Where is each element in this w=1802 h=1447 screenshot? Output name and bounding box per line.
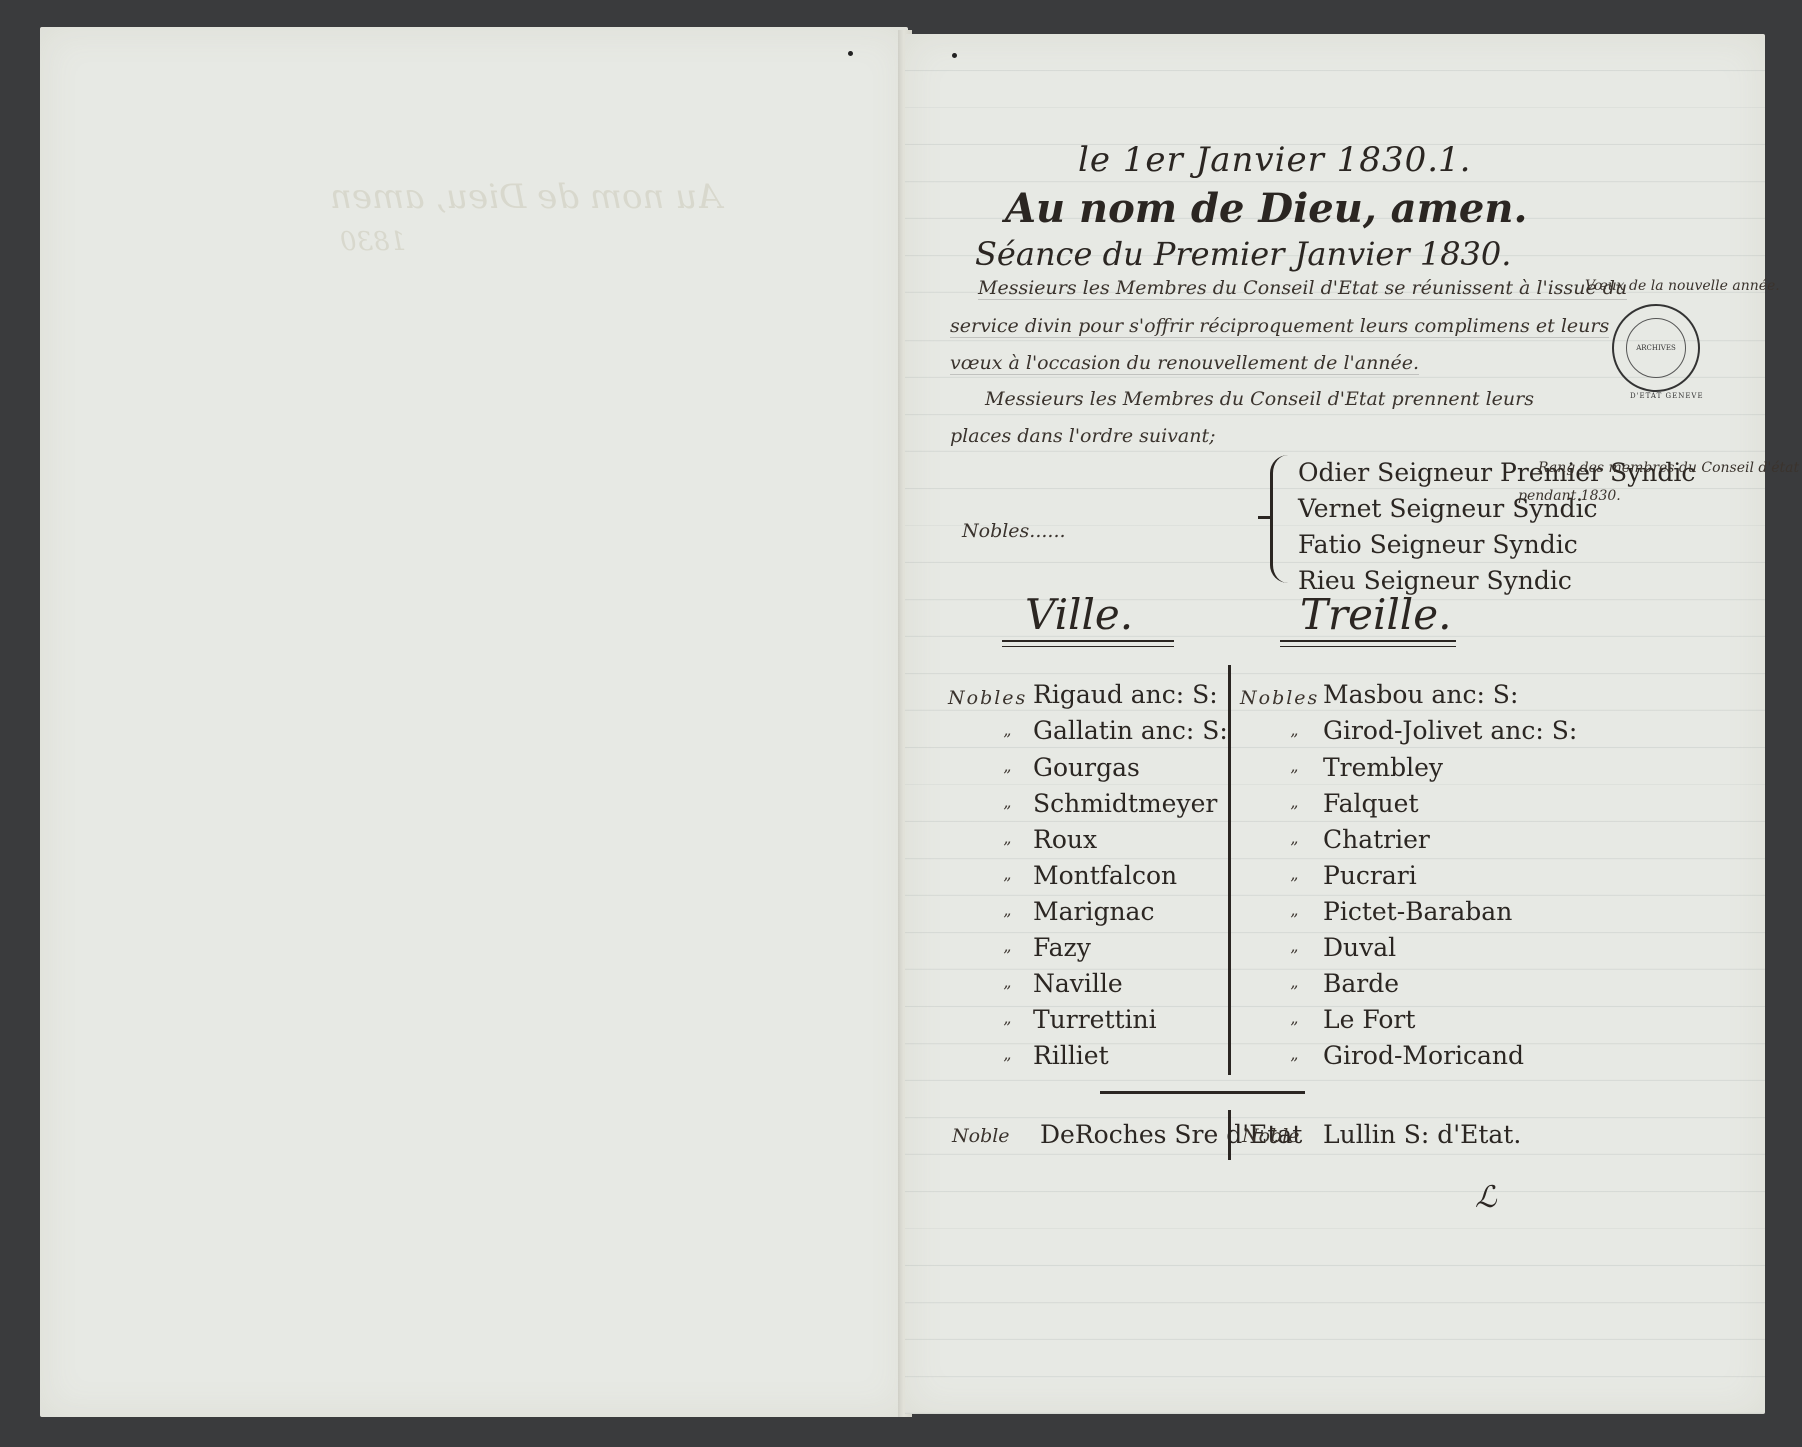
member-name: Rilliet [1033,1041,1109,1070]
left-page: Au nom de Dieu, amen 1830 [40,27,908,1417]
member-name: Masbou anc: S: [1323,680,1518,709]
ditto-mark: ” [1003,838,1011,857]
member-name: Roux [1033,825,1097,854]
syndic-entry: Fatio Seigneur Syndic [1298,530,1578,559]
member-name: Gallatin anc: S: [1033,716,1228,745]
noble-prefix: Noble [952,1125,1010,1147]
member-name: Le Fort [1323,1005,1415,1034]
margin-note: Vœux de la nouvelle année. [1585,278,1780,294]
member-name: Falquet [1323,789,1419,818]
binding-hole [848,51,853,56]
brace [1270,455,1297,583]
ditto-mark: ” [1290,982,1298,1001]
member-name: Girod-Jolivet anc: S: [1323,716,1577,745]
ditto-mark: ” [1003,874,1011,893]
secretary-name: Lullin S: d'Etat. [1323,1120,1521,1149]
paragraph-line: Messieurs les Membres du Conseil d'Etat … [985,388,1534,410]
ditto-mark: ” [1290,946,1298,965]
ditto-mark: ” [1290,730,1298,749]
ditto-mark: ” [1290,802,1298,821]
noble-prefix: Noble [1242,1125,1300,1147]
nobles-prefix: Nobles [1240,687,1319,709]
coat-of-arms-icon: ARCHIVES [1626,318,1686,378]
ditto-mark: ” [1290,766,1298,785]
ditto-mark: ” [1003,910,1011,929]
paraphe-signature: ℒ [1475,1180,1497,1215]
paragraph-line: vœux à l'occasion du renouvellement de l… [950,352,1419,375]
member-name: Montfalcon [1033,861,1177,890]
heading-underline [1280,640,1456,647]
stamp-label: ARCHIVES [1636,344,1676,352]
ditto-mark: ” [1290,910,1298,929]
stamp-caption: D'ETAT GENEVE [1630,392,1704,400]
ditto-mark: ” [1290,874,1298,893]
member-name: Turrettini [1033,1005,1157,1034]
member-name: Marignac [1033,897,1154,926]
margin-note: Rang des membres du Conseil d'état [1538,460,1799,476]
member-name: Trembley [1323,753,1443,782]
heading-underline [1002,640,1174,647]
ditto-mark: ” [1290,1018,1298,1037]
date-heading: le 1er Janvier 1830. [1078,140,1439,180]
bleed-through-title: Au nom de Dieu, amen [330,177,722,217]
paragraph-line: service divin pour s'offrir réciproqueme… [950,315,1609,338]
ditto-mark: ” [1003,766,1011,785]
ditto-mark: ” [1003,982,1011,1001]
nobles-prefix: Nobles [948,687,1027,709]
member-name: Pucrari [1323,861,1417,890]
member-name: Fazy [1033,933,1091,962]
ditto-mark: ” [1290,1054,1298,1073]
syndics-label: Nobles...... [962,520,1066,542]
bleed-through-year: 1830 [340,227,406,257]
ditto-mark: ” [1003,1054,1011,1073]
page-number: 1. [1438,140,1470,180]
ditto-mark: ” [1003,730,1011,749]
ditto-mark: ” [1003,1018,1011,1037]
ditto-mark: ” [1003,802,1011,821]
ditto-mark: ” [1290,838,1298,857]
member-name: Pictet-Baraban [1323,897,1512,926]
member-name: Girod-Moricand [1323,1041,1524,1070]
brace-point [1258,516,1272,519]
paragraph-line: Messieurs les Membres du Conseil d'Etat … [978,277,1627,300]
session-heading: Séance du Premier Janvier 1830. [975,235,1511,273]
document-title: Au nom de Dieu, amen. [1005,185,1527,232]
archives-stamp: ARCHIVES [1612,304,1700,392]
member-name: Chatrier [1323,825,1430,854]
member-name: Gourgas [1033,753,1140,782]
member-name: Naville [1033,969,1123,998]
margin-note: pendant 1830. [1518,488,1621,504]
ditto-mark: ” [1003,946,1011,965]
paragraph-line: places dans l'ordre suivant; [950,425,1216,447]
column-heading-ville: Ville. [1025,590,1133,639]
member-name: Rigaud anc: S: [1033,680,1218,709]
column-divider [1228,665,1231,1075]
member-name: Schmidtmeyer [1033,789,1217,818]
binding-hole [952,53,957,58]
column-heading-treille: Treille. [1300,590,1451,639]
member-name: Barde [1323,969,1399,998]
section-divider [1100,1091,1305,1094]
member-name: Duval [1323,933,1396,962]
